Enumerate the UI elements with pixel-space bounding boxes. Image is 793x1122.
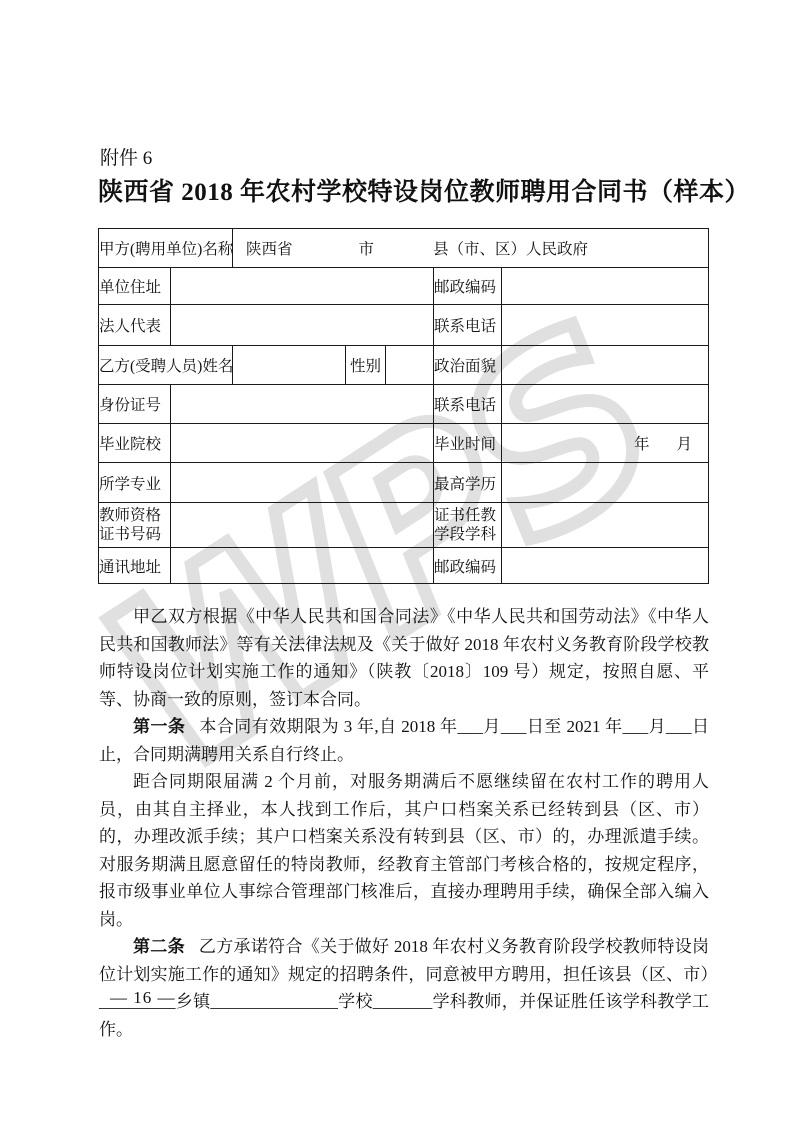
paragraph-text: 甲乙双方根据《中华人民共和国合同法》《中华人民共和国劳动法》《中华人民共和国教师… bbox=[99, 607, 709, 709]
certificate-stage-label-line1: 证书任教 bbox=[434, 506, 501, 525]
page-content: 附件 6 陕西省 2018 年农村学校特设岗位教师聘用合同书（样本） 甲方(聘用… bbox=[0, 0, 793, 1122]
party-b-name-label: 乙方(受聘人员)姓名 bbox=[99, 346, 233, 385]
party-a-name-label: 甲方(聘用单位)名称 bbox=[99, 229, 233, 268]
id-number-field bbox=[171, 385, 434, 424]
major-field bbox=[171, 463, 434, 503]
paragraph-article-1-continued: 距合同期限届满 2 个月前，对服务期满后不愿继续留在农村工作的聘用人员，由其自主… bbox=[99, 768, 709, 933]
graduation-school-label: 毕业院校 bbox=[99, 424, 171, 463]
article-2-text: 乙方承诺符合《关于做好 2018 年农村义务教育阶段学校教师特设岗位计划实施工作… bbox=[99, 937, 709, 1039]
paragraph-text: 距合同期限届满 2 个月前，对服务期满后不愿继续留在农村工作的聘用人员，由其自主… bbox=[99, 772, 709, 929]
teacher-certificate-label-line1: 教师资格 bbox=[99, 506, 170, 525]
contact-phone-field-1 bbox=[502, 305, 709, 346]
contract-body-text: 甲乙双方根据《中华人民共和国合同法》《中华人民共和国劳动法》《中华人民共和国教师… bbox=[99, 603, 709, 1043]
attachment-label: 附件 6 bbox=[100, 143, 152, 170]
contact-phone-label-2: 联系电话 bbox=[434, 385, 502, 424]
paragraph-article-2: 第二条乙方承诺符合《关于做好 2018 年农村义务教育阶段学校教师特设岗位计划实… bbox=[99, 933, 709, 1043]
highest-education-label: 最高学历 bbox=[434, 463, 502, 503]
highest-education-field bbox=[502, 463, 709, 503]
table-row-unit-address: 单位住址 邮政编码 bbox=[99, 268, 709, 305]
party-a-county-suffix-text: 县（市、区）人民政府 bbox=[433, 237, 588, 259]
unit-address-label: 单位住址 bbox=[99, 268, 171, 305]
graduation-time-label: 毕业时间 bbox=[434, 424, 502, 463]
political-status-label: 政治面貌 bbox=[434, 346, 502, 385]
gender-label: 性别 bbox=[346, 346, 386, 385]
table-row-graduation-school: 毕业院校 毕业时间 年 月 bbox=[99, 424, 709, 463]
table-row-id-number: 身份证号 联系电话 bbox=[99, 385, 709, 424]
postal-code-label-1: 邮政编码 bbox=[434, 268, 502, 305]
unit-address-field bbox=[171, 268, 434, 305]
table-row-party-a: 甲方(聘用单位)名称 陕西省 市 县（市、区）人民政府 bbox=[99, 229, 709, 268]
graduation-school-field bbox=[171, 424, 434, 463]
party-a-name-value: 陕西省 市 县（市、区）人民政府 bbox=[233, 229, 709, 268]
gender-field bbox=[386, 346, 434, 385]
contract-info-table: 甲方(聘用单位)名称 陕西省 市 县（市、区）人民政府 单位住址 邮政编码 法人… bbox=[98, 228, 709, 584]
teacher-certificate-number-label: 教师资格 证书号码 bbox=[99, 503, 171, 548]
certificate-stage-label-line2: 学段学科 bbox=[434, 525, 501, 544]
graduation-time-field: 年 月 bbox=[502, 424, 709, 463]
graduation-year-unit: 年 bbox=[634, 432, 650, 454]
table-row-teacher-certificate: 教师资格 证书号码 证书任教 学段学科 bbox=[99, 503, 709, 548]
article-1-text: 本合同有效期限为 3 年,自 2018 年___月___日至 2021 年___… bbox=[99, 717, 709, 764]
postal-code-field-2 bbox=[502, 548, 709, 584]
certificate-stage-subject-field bbox=[502, 503, 709, 548]
party-a-city-suffix-text: 市 bbox=[359, 237, 375, 259]
postal-code-label-2: 邮政编码 bbox=[434, 548, 502, 584]
article-1-heading: 第一条 bbox=[133, 717, 185, 736]
legal-representative-field bbox=[171, 305, 434, 346]
party-a-province-text: 陕西省 bbox=[246, 237, 293, 259]
table-row-major: 所学专业 最高学历 bbox=[99, 463, 709, 503]
document-page: WPS 附件 6 陕西省 2018 年农村学校特设岗位教师聘用合同书（样本） 甲… bbox=[0, 0, 793, 1122]
party-b-name-field bbox=[233, 346, 346, 385]
contact-phone-field-2 bbox=[502, 385, 709, 424]
paragraph-preamble: 甲乙双方根据《中华人民共和国合同法》《中华人民共和国劳动法》《中华人民共和国教师… bbox=[99, 603, 709, 713]
graduation-month-unit: 月 bbox=[677, 432, 693, 454]
paragraph-article-1: 第一条本合同有效期限为 3 年,自 2018 年___月___日至 2021 年… bbox=[99, 713, 709, 768]
teacher-certificate-number-field bbox=[171, 503, 434, 548]
legal-representative-label: 法人代表 bbox=[99, 305, 171, 346]
certificate-stage-subject-label: 证书任教 学段学科 bbox=[434, 503, 502, 548]
mailing-address-label: 通讯地址 bbox=[99, 548, 171, 584]
article-2-heading: 第二条 bbox=[133, 937, 185, 956]
postal-code-field-1 bbox=[502, 268, 709, 305]
contact-phone-label-1: 联系电话 bbox=[434, 305, 502, 346]
id-number-label: 身份证号 bbox=[99, 385, 171, 424]
major-label: 所学专业 bbox=[99, 463, 171, 503]
political-status-field bbox=[502, 346, 709, 385]
teacher-certificate-label-line2: 证书号码 bbox=[99, 525, 170, 544]
table-row-party-b: 乙方(受聘人员)姓名 性别 政治面貌 bbox=[99, 346, 709, 385]
table-row-mailing-address: 通讯地址 邮政编码 bbox=[99, 548, 709, 584]
document-title: 陕西省 2018 年农村学校特设岗位教师聘用合同书（样本） bbox=[98, 172, 710, 208]
mailing-address-field bbox=[171, 548, 434, 584]
page-number: — 16 — bbox=[110, 988, 176, 1008]
table-row-legal-representative: 法人代表 联系电话 bbox=[99, 305, 709, 346]
